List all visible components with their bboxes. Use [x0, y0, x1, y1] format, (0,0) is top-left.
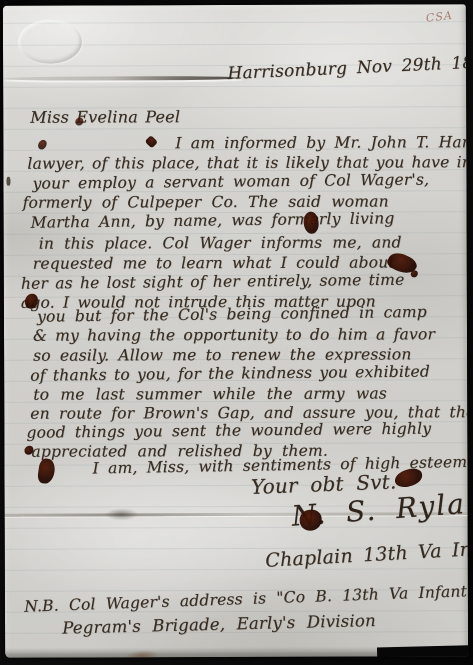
torn-corner-notch	[377, 645, 468, 658]
letter-body-line-7: requested me to learn what I could about	[33, 254, 395, 272]
fold-crease-pinch	[105, 508, 139, 520]
ink-tick-mark	[6, 177, 10, 186]
letter-body-line-1: I am informed by Mr. John T. Harris	[175, 134, 468, 152]
letter-salutation: Miss Evelina Peel	[30, 108, 180, 126]
letter-body-line-11: & my having the opportunity to do him a …	[33, 326, 435, 344]
letter-body-line-14: to me last summer while the army was	[33, 385, 387, 403]
embossed-seal	[18, 20, 82, 64]
scan-background: CSA Harrisonburg Nov 29th 1864 Miss Evel…	[0, 0, 473, 665]
letter-paper: CSA Harrisonburg Nov 29th 1864 Miss Evel…	[3, 4, 468, 658]
letter-body-line-6: in this place. Col Wager informs me, and	[39, 234, 402, 252]
letter-body-line-12: so easily. Allow me to renew the express…	[33, 346, 411, 364]
